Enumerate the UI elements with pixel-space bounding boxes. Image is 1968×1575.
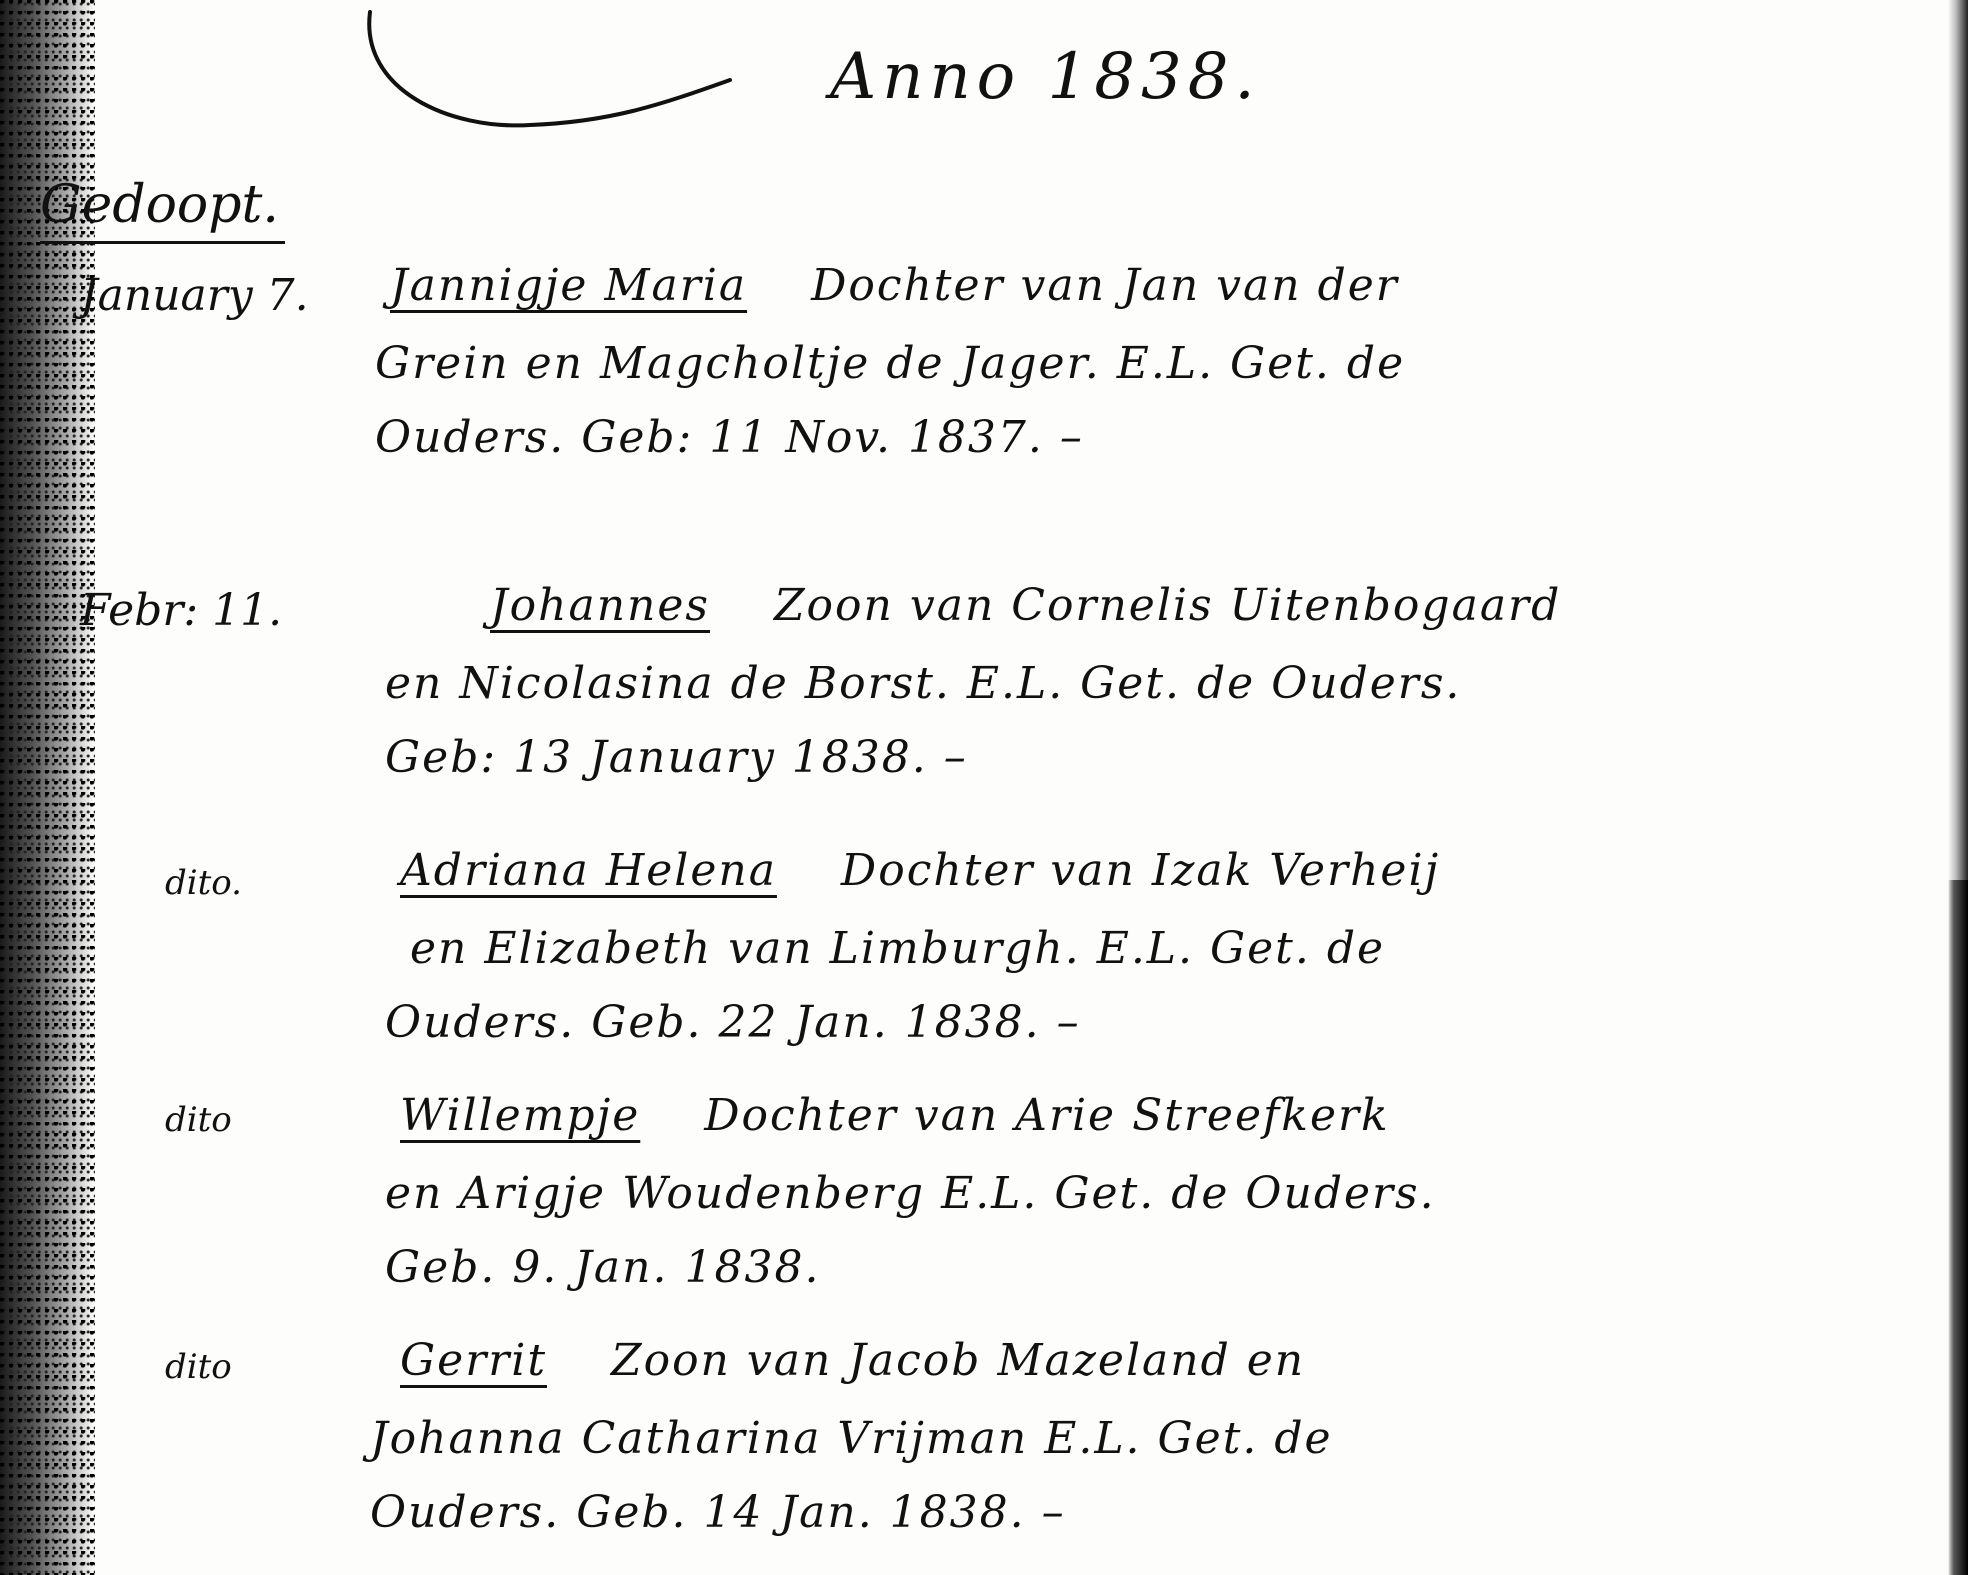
entry-line-3: Ouders. Geb: 11 Nov. 1837. – (375, 412, 1084, 463)
entry-line-2: en Nicolasina de Borst. E.L. Get. de Oud… (385, 658, 1461, 709)
entry-line-3: Ouders. Geb. 14 Jan. 1838. – (370, 1487, 1066, 1538)
parents-text: Dochter van Arie Streefkerk (704, 1090, 1389, 1141)
child-name: Jannigje Maria (390, 260, 747, 311)
year-header: Anno 1838. (330, 0, 1130, 140)
entry-line-2: en Elizabeth van Limburgh. E.L. Get. de (410, 923, 1385, 974)
parents-text: Dochter van Izak Verheij (841, 845, 1440, 896)
entry-date: Febr: 11. (80, 585, 282, 636)
entry-line-1: Jannigje Maria Dochter van Jan van der (390, 260, 1399, 311)
entry-line-2: Grein en Magcholtje de Jager. E.L. Get. … (375, 338, 1405, 389)
entry-date: dito (165, 1100, 232, 1140)
entry-date: dito (165, 1347, 232, 1387)
child-name: Willempje (400, 1090, 640, 1141)
year-title: Anno 1838. (830, 40, 1261, 114)
entry-date: dito. (165, 863, 242, 903)
page-binding-edge-right-lower (1948, 880, 1968, 1575)
entry-line-2: en Arigje Woudenberg E.L. Get. de Ouders… (385, 1168, 1436, 1219)
section-heading-baptized: Gedoopt. (40, 175, 285, 244)
entry-line-3: Geb: 13 January 1838. – (385, 732, 968, 783)
child-name: Gerrit (400, 1335, 547, 1386)
entry-line-1: Johannes Zoon van Cornelis Uitenbogaard (490, 580, 1561, 631)
entry-date: January 7. (80, 270, 309, 321)
entry-line-2: Johanna Catharina Vrijman E.L. Get. de (370, 1413, 1333, 1464)
child-name: Adriana Helena (400, 845, 777, 896)
parents-text: Zoon van Cornelis Uitenbogaard (774, 580, 1561, 631)
entry-line-3: Geb. 9. Jan. 1838. (385, 1242, 820, 1293)
parents-text: Dochter van Jan van der (811, 260, 1399, 311)
entry-line-3: Ouders. Geb. 22 Jan. 1838. – (385, 997, 1081, 1048)
parents-text: Zoon van Jacob Mazeland en (611, 1335, 1305, 1386)
child-name: Johannes (490, 580, 710, 631)
flourish-swash-icon (330, 0, 850, 140)
entry-line-1: Willempje Dochter van Arie Streefkerk (400, 1090, 1390, 1141)
register-page: Anno 1838. Gedoopt. January 7. Jannigje … (0, 0, 1968, 1575)
entry-line-1: Gerrit Zoon van Jacob Mazeland en (400, 1335, 1305, 1386)
entry-line-1: Adriana Helena Dochter van Izak Verheij (400, 845, 1440, 896)
